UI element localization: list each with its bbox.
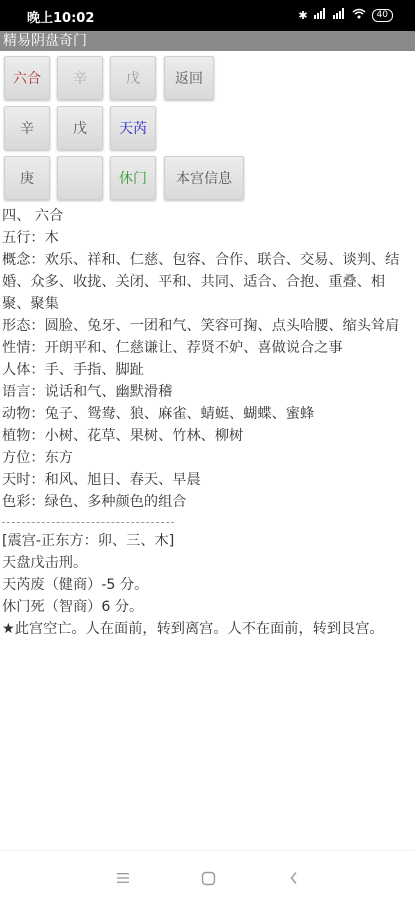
temperament-line: 性情：开朗平和、仁慈谦让、荐贤不妒、喜做说合之事	[2, 337, 412, 359]
weather-line: 天时：和风、旭日、春天、早晨	[2, 469, 412, 491]
home-icon[interactable]	[198, 868, 218, 888]
back-button[interactable]: 返回	[164, 56, 214, 100]
geng-button[interactable]: 庚	[4, 156, 50, 200]
xin-button[interactable]: 辛	[4, 106, 50, 150]
app-title: 精易阴盘奇门	[3, 33, 87, 49]
wifi-icon	[352, 8, 366, 22]
palace-line-1: 天盘戊击刑。	[2, 552, 412, 574]
status-icons: ✱ 40	[298, 8, 393, 22]
tianrui-button[interactable]: 天芮	[110, 106, 156, 150]
xiumen-button[interactable]: 休门	[110, 156, 156, 200]
status-time: 晚上10:02	[27, 7, 94, 26]
palace-line-3: 休门死（智商）6 分。	[2, 596, 412, 618]
signal-icon-2	[333, 8, 346, 22]
form-line: 形态：圆脸、兔牙、一团和气、笑容可掬、点头哈腰、缩头耸肩	[2, 315, 412, 337]
wu-stem-button[interactable]: 戊	[110, 56, 156, 100]
battery-icon: 40	[372, 9, 393, 22]
body-line: 人体：手、手指、脚趾	[2, 359, 412, 381]
empty-button[interactable]	[57, 156, 103, 200]
back-icon[interactable]	[284, 868, 304, 888]
status-bar: 晚上10:02 ✱ 40	[0, 0, 415, 31]
concept-line: 概念：欢乐、祥和、仁慈、包容、合作、联合、交易、谈判、结婚、众多、收拢、关闭、平…	[2, 249, 412, 315]
divider	[2, 522, 174, 523]
wu-button[interactable]: 戊	[57, 106, 103, 150]
direction-line: 方位：东方	[2, 447, 412, 469]
palace-detail-text: 四、 六合 五行：木 概念：欢乐、祥和、仁慈、包容、合作、联合、交易、谈判、结婚…	[2, 205, 412, 640]
xin-stem-button[interactable]: 辛	[57, 56, 103, 100]
signal-icon	[314, 8, 327, 22]
section-heading: 四、 六合	[2, 205, 412, 227]
menu-icon[interactable]	[113, 868, 133, 888]
colors-line: 色彩：绿色、多种颜色的组合	[2, 491, 412, 513]
animals-line: 动物：兔子、鸳鸯、狼、麻雀、蜻蜓、蝴蝶、蜜蜂	[2, 403, 412, 425]
speech-line: 语言：说话和气、幽默滑稽	[2, 381, 412, 403]
liuhe-button[interactable]: 六合	[4, 56, 50, 100]
palace-info-button[interactable]: 本宫信息	[164, 156, 244, 200]
palace-header: [震宫-正东方：卯、三、木]	[2, 530, 412, 552]
wuxing-line: 五行：木	[2, 227, 412, 249]
app-title-bar: 精易阴盘奇门	[0, 31, 415, 51]
palace-line-4: ★此宫空亡。人在面前，转到离宫。人不在面前，转到艮宫。	[2, 618, 412, 640]
palace-line-2: 天芮废（健商）-5 分。	[2, 574, 412, 596]
system-nav-bar	[0, 850, 415, 900]
bluetooth-icon: ✱	[298, 9, 307, 22]
plants-line: 植物：小树、花草、果树、竹林、柳树	[2, 425, 412, 447]
